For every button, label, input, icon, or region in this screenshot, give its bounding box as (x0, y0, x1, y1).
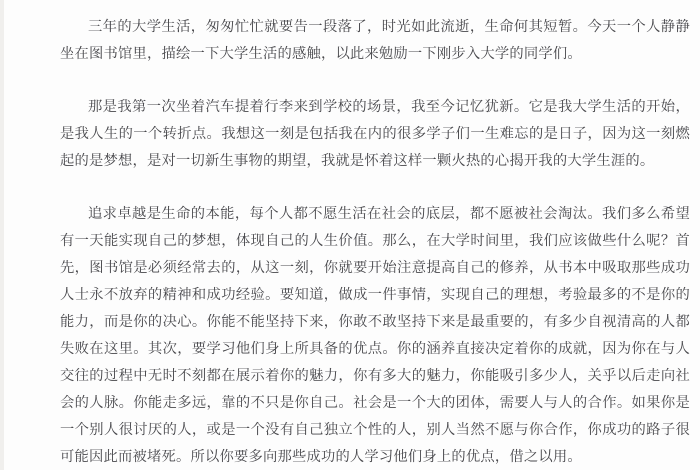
document-page: 三年的大学生活，匆匆忙忙就要告一段落了，时光如此流逝，生命何其短暂。今天一个人静… (0, 0, 700, 470)
essay-paragraph-1: 三年的大学生活，匆匆忙忙就要告一段落了，时光如此流逝，生命何其短暂。今天一个人静… (60, 14, 690, 68)
essay-paragraph-2: 那是我第一次坐着汽车提着行李来到学校的场景，我至今记忆犹新。它是我大学生活的开始… (60, 94, 690, 175)
essay-paragraph-3: 追求卓越是生命的本能，每个人都不愿生活在社会的底层，都不愿被社会淘汰。我们多么希… (60, 201, 690, 470)
page-left-edge (0, 0, 4, 470)
essay-text-body: 三年的大学生活，匆匆忙忙就要告一段落了，时光如此流逝，生命何其短暂。今天一个人静… (0, 0, 700, 470)
